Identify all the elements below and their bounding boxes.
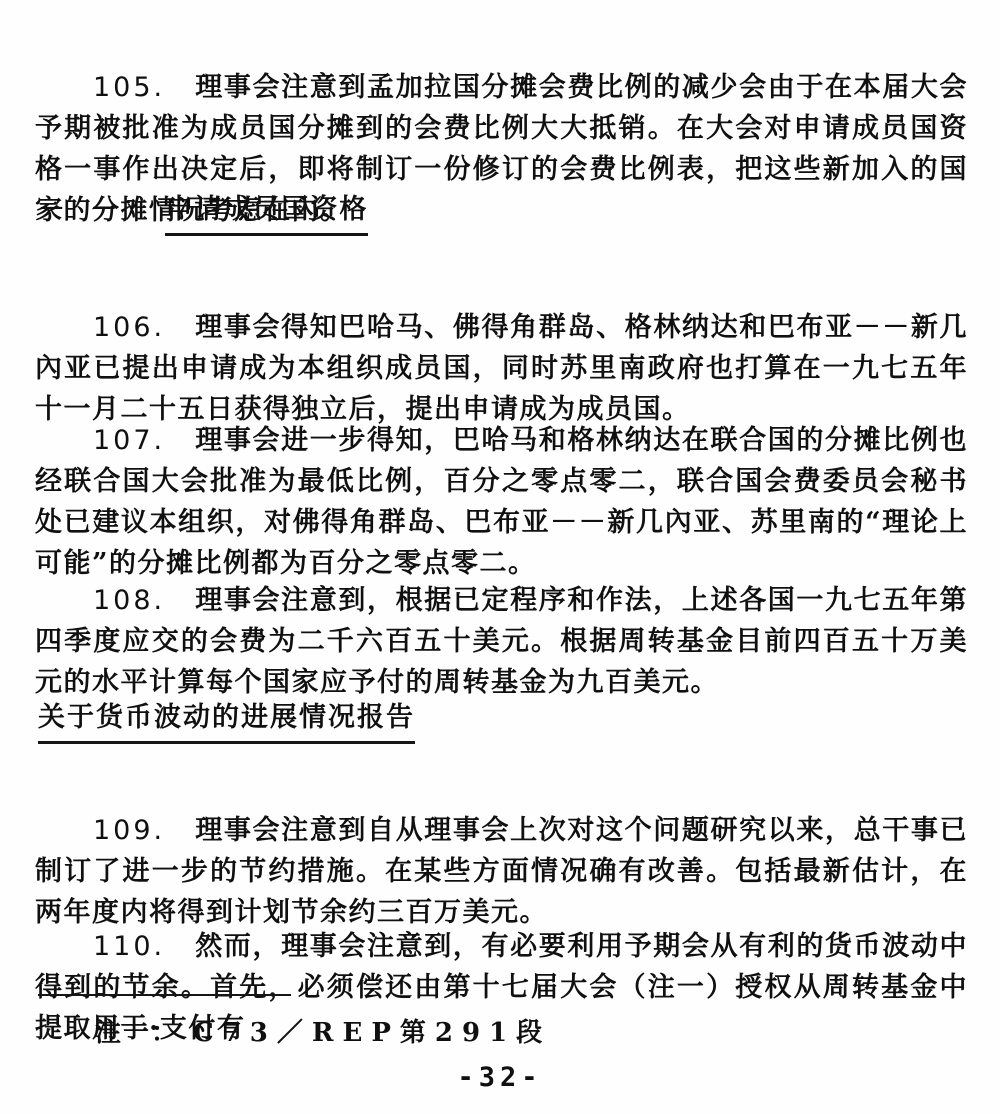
paragraph-107: 107.理事会进一步得知，巴哈马和格林纳达在联合国的分摊比例也经联合国大会批准为… — [35, 420, 968, 584]
paragraph-106: 106.理事会得知巴哈马、佛得角群岛、格林纳达和巴布亚－－新几內亚已提出申请成为… — [35, 307, 968, 430]
page-number: -32- — [0, 1062, 1000, 1093]
paragraph-106-text: 理事会得知巴哈马、佛得角群岛、格林纳达和巴布亚－－新几內亚已提出申请成为本组织成… — [35, 312, 968, 425]
heading-currency-title: 关于货币波动的进展情况报告 — [38, 700, 415, 744]
paragraph-105-number: 105. — [93, 72, 165, 103]
paragraph-109-number: 109. — [93, 815, 165, 846]
section-heading-currency: 关于货币波动的进展情况报告 — [38, 700, 415, 744]
heading-dashes: － － — [38, 192, 125, 228]
paragraph-107-text: 理事会进一步得知，巴哈马和格林纳达在联合国的分摊比例也经联合国大会批准为最低比例… — [35, 425, 968, 579]
paragraph-108: 108.理事会注意到，根据已定程序和作法，上述各国一九七五年第四季度应交的会费为… — [35, 580, 968, 703]
footnote-label: 注一： — [95, 1018, 179, 1048]
paragraph-110-number: 110. — [93, 931, 165, 962]
document-page: 105.理事会注意到孟加拉国分摊会费比例的减少会由于在本届大会予期被批准为成员国… — [0, 0, 1000, 1114]
paragraph-108-number: 108. — [93, 585, 165, 616]
paragraph-109: 109.理事会注意到自从理事会上次对这个问题研究以来，总干事已制订了进一步的节约… — [35, 810, 968, 933]
paragraph-107-number: 107. — [93, 425, 165, 456]
section-heading-membership: － －申请成员国资格 — [38, 192, 368, 236]
paragraph-108-text: 理事会注意到，根据已定程序和作法，上述各国一九七五年第四季度应交的会费为二千六百… — [35, 585, 968, 698]
paragraph-106-number: 106. — [93, 312, 165, 343]
heading-membership-title: 申请成员国资格 — [165, 192, 368, 236]
paragraph-109-text: 理事会注意到自从理事会上次对这个问题研究以来，总干事已制订了进一步的节约措施。在… — [35, 815, 968, 928]
footnote-separator-rule — [38, 994, 291, 996]
footnote: 注一：C73／REP第291段 — [95, 1012, 551, 1049]
footnote-reference: C73／REP第291段 — [193, 1018, 551, 1048]
